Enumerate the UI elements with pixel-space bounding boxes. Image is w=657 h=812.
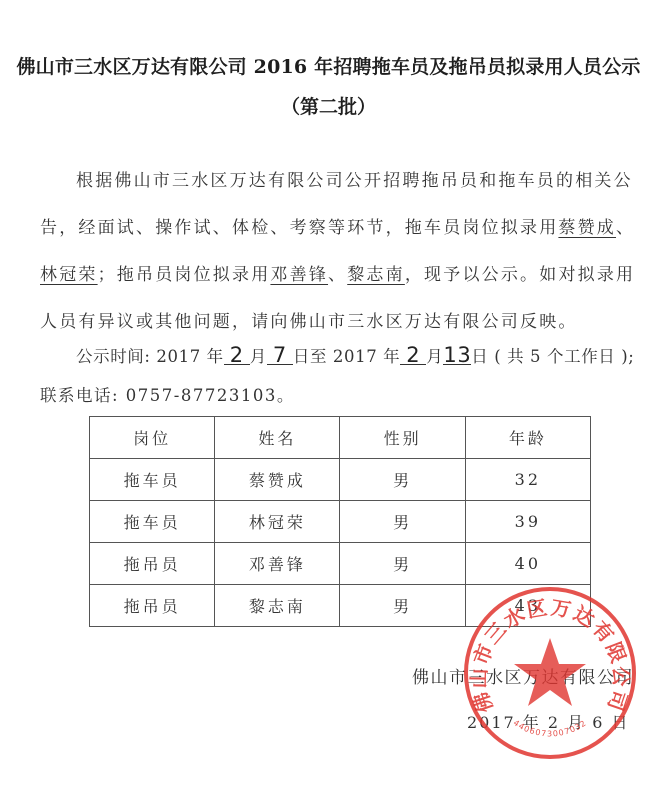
cell-age: 32 xyxy=(465,459,590,501)
cell-position: 拖吊员 xyxy=(90,585,215,627)
month-label: 月 xyxy=(250,347,267,366)
period-tail: 日 ( 共 5 个工作日 ); xyxy=(471,347,634,366)
hired-name-3: 邓善锋 xyxy=(270,265,328,285)
notice-title: 佛山市三水区万达有限公司 2016 年招聘拖车员及拖吊员拟录用人员公示 xyxy=(0,52,657,79)
cell-name: 黎志南 xyxy=(215,585,340,627)
end-month: 2 xyxy=(400,346,426,365)
cell-name: 林冠荣 xyxy=(215,501,340,543)
signing-date: 2017 年 2 月 6 日 xyxy=(467,710,630,733)
hired-name-1: 蔡赞成 xyxy=(558,218,616,238)
separator: 、 xyxy=(328,265,347,285)
col-header-gender: 性别 xyxy=(340,417,465,459)
cell-position: 拖吊员 xyxy=(90,543,215,585)
notice-subtitle: （第二批） xyxy=(0,92,657,119)
cell-position: 拖车员 xyxy=(90,459,215,501)
contact-phone: 联系电话: 0757-87723103。 xyxy=(40,382,295,406)
col-header-position: 岗位 xyxy=(90,417,215,459)
month-label: 月 xyxy=(426,347,443,366)
table-row: 拖吊员 邓善锋 男 40 xyxy=(90,543,591,585)
cell-position: 拖车员 xyxy=(90,501,215,543)
table-row: 拖车员 蔡赞成 男 32 xyxy=(90,459,591,501)
separator: 、 xyxy=(616,218,635,238)
period-label: 公示时间: 2017 年 xyxy=(76,347,224,366)
col-header-name: 姓名 xyxy=(215,417,340,459)
table-row: 拖吊员 黎志南 男 43 xyxy=(90,585,591,627)
start-day: 7 xyxy=(267,346,293,365)
table-header-row: 岗位 姓名 性别 年龄 xyxy=(90,417,591,459)
cell-age: 43 xyxy=(465,585,590,627)
cell-name: 蔡赞成 xyxy=(215,459,340,501)
hired-name-4: 黎志南 xyxy=(347,265,405,285)
cell-gender: 男 xyxy=(340,543,465,585)
body-text-1: 根据佛山市三水区万达有限公司公开招聘拖吊员和拖车员的相关公告，经面试、操作试、体… xyxy=(40,171,633,238)
body-text-2: ；拖吊员岗位拟录用 xyxy=(98,265,271,285)
period-mid: 日至 2017 年 xyxy=(293,347,400,366)
cell-gender: 男 xyxy=(340,585,465,627)
cell-gender: 男 xyxy=(340,501,465,543)
col-header-age: 年龄 xyxy=(465,417,590,459)
signer-company: 佛山市三水区万达有限公司 xyxy=(412,663,634,688)
hire-table: 岗位 姓名 性别 年龄 拖车员 蔡赞成 男 32 拖车员 林冠荣 男 39 拖吊… xyxy=(89,416,591,627)
hired-name-2: 林冠荣 xyxy=(40,265,98,285)
cell-name: 邓善锋 xyxy=(215,543,340,585)
notice-body: 根据佛山市三水区万达有限公司公开招聘拖吊员和拖车员的相关公告，经面试、操作试、体… xyxy=(40,158,640,346)
end-day: 13 xyxy=(443,346,471,365)
cell-gender: 男 xyxy=(340,459,465,501)
publicity-period: 公示时间: 2017 年2月7日至 2017 年2月13日 ( 共 5 个工作日… xyxy=(76,343,634,367)
cell-age: 39 xyxy=(465,501,590,543)
cell-age: 40 xyxy=(465,543,590,585)
start-month: 2 xyxy=(224,346,250,365)
table-row: 拖车员 林冠荣 男 39 xyxy=(90,501,591,543)
